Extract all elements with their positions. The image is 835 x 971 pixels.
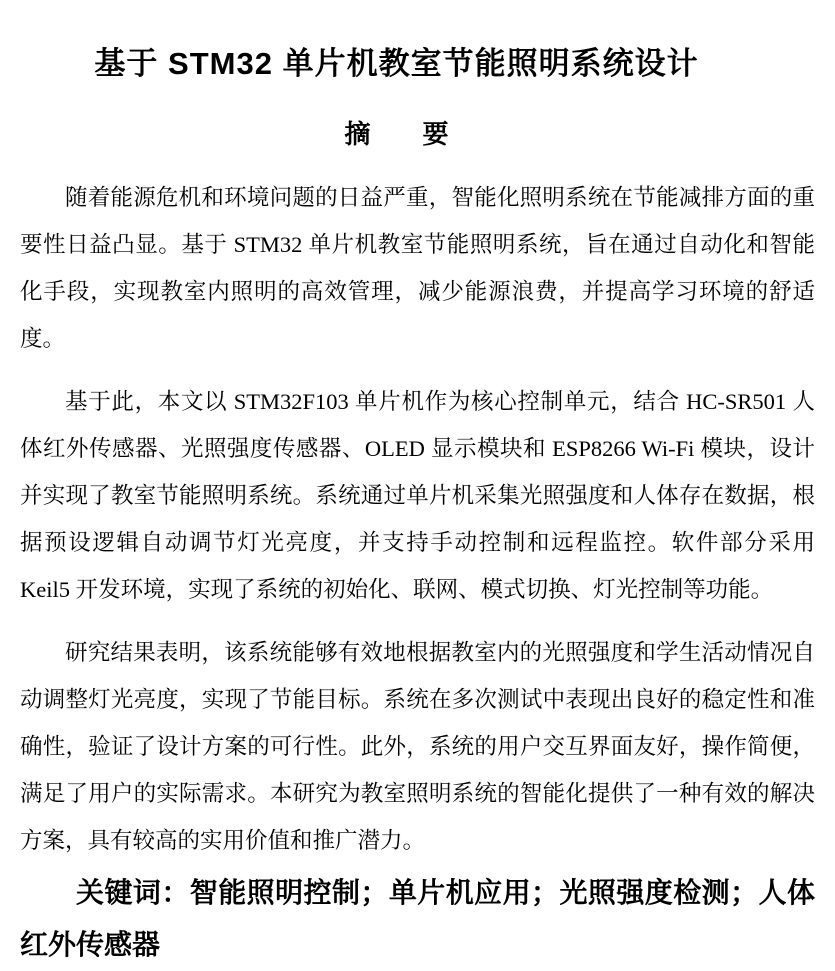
abstract-paragraph-2: 基于此，本文以 STM32F103 单片机作为核心控制单元，结合 HC-SR50… bbox=[20, 378, 815, 613]
keywords-paragraph: 关键词：智能照明控制；单片机应用；光照强度检测；人体红外传感器 bbox=[20, 868, 815, 971]
abstract-paragraph-3: 研究结果表明，该系统能够有效地根据教室内的光照强度和学生活动情况自动调整灯光亮度… bbox=[20, 629, 815, 864]
document-page: 基于 STM32 单片机教室节能照明系统设计 摘 要 随着能源危机和环境问题的日… bbox=[0, 0, 835, 971]
abstract-body: 随着能源危机和环境问题的日益严重，智能化照明系统在节能减排方面的重要性日益凸显。… bbox=[20, 174, 815, 864]
document-title: 基于 STM32 单片机教室节能照明系统设计 bbox=[20, 44, 815, 84]
abstract-paragraph-1: 随着能源危机和环境问题的日益严重，智能化照明系统在节能减排方面的重要性日益凸显。… bbox=[20, 174, 815, 362]
abstract-heading: 摘 要 bbox=[20, 118, 815, 150]
